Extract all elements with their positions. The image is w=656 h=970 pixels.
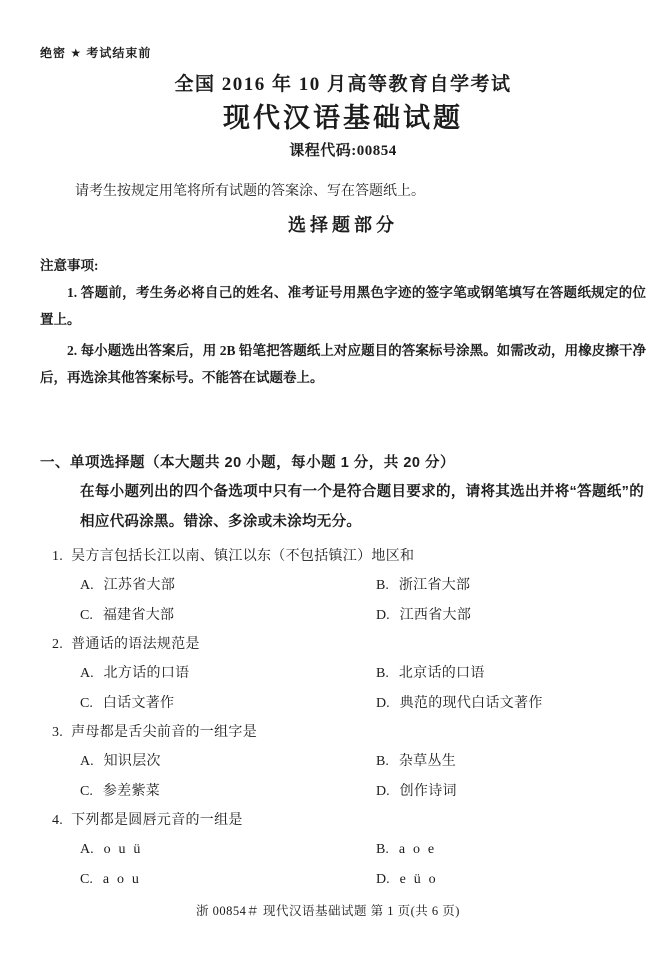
question-4: 4.下列都是圆唇元音的一组是 A.o u ü B.a o e C.a o u D…	[40, 806, 646, 894]
option-text: o u ü	[104, 842, 141, 857]
option-label: A.	[80, 754, 94, 769]
option-b: B.a o e	[376, 835, 646, 865]
question-number: 3.	[52, 725, 63, 740]
option-text: 知识层次	[104, 754, 161, 769]
instructions-heading: 注意事项:	[40, 257, 646, 275]
question-text: 吴方言包括长江以南、镇江以东（不包括镇江）地区和	[71, 549, 414, 564]
option-b: B.北京话的口语	[376, 659, 646, 689]
section-title: 选择题部分	[40, 214, 646, 236]
option-d: D.典范的现代白话文著作	[376, 689, 646, 719]
question-3: 3.声母都是舌尖前音的一组字是 A.知识层次 B.杂草丛生 C.参差紫菜 D.创…	[40, 718, 646, 806]
option-label: D.	[376, 784, 390, 799]
part-one-lead-in: 在每小题列出的四个备选项中只有一个是符合题目要求的，请将其选出并将“答题纸”的相…	[80, 477, 644, 537]
question-stem: 3.声母都是舌尖前音的一组字是	[40, 718, 646, 747]
question-text: 声母都是舌尖前音的一组字是	[71, 725, 257, 740]
option-label: A.	[80, 578, 94, 593]
question-number: 1.	[52, 549, 63, 564]
option-label: A.	[80, 842, 94, 857]
question-options: A.江苏省大部 B.浙江省大部 C.福建省大部 D.江西省大部	[40, 571, 646, 630]
course-code: 课程代码:00854	[40, 142, 646, 160]
option-label: C.	[80, 696, 93, 711]
option-d: D.江西省大部	[376, 601, 646, 631]
option-text: 浙江省大部	[399, 578, 471, 593]
option-a: A.o u ü	[80, 835, 376, 865]
option-text: 白话文著作	[103, 696, 175, 711]
option-b: B.杂草丛生	[376, 747, 646, 777]
option-label: A.	[80, 666, 94, 681]
option-text: 典范的现代白话文著作	[400, 696, 543, 711]
option-label: B.	[376, 666, 389, 681]
option-d: D.e ü o	[376, 865, 646, 895]
exam-paper-page: 绝密 ★ 考试结束前 全国 2016 年 10 月高等教育自学考试 现代汉语基础…	[0, 0, 656, 970]
option-label: B.	[376, 754, 389, 769]
question-text: 下列都是圆唇元音的一组是	[71, 813, 243, 828]
option-text: 福建省大部	[103, 608, 175, 623]
part-one-heading: 一、单项选择题（本大题共 20 小题，每小题 1 分，共 20 分）	[40, 453, 646, 473]
option-b: B.浙江省大部	[376, 571, 646, 601]
question-stem: 4.下列都是圆唇元音的一组是	[40, 806, 646, 835]
option-label: C.	[80, 784, 93, 799]
option-text: 北京话的口语	[399, 666, 485, 681]
option-text: 创作诗词	[400, 784, 457, 799]
question-list: 1.吴方言包括长江以南、镇江以东（不包括镇江）地区和 A.江苏省大部 B.浙江省…	[40, 542, 646, 894]
option-text: 参差紫菜	[103, 784, 160, 799]
option-label: D.	[376, 872, 390, 887]
question-2: 2.普通话的语法规范是 A.北方话的口语 B.北京话的口语 C.白话文著作 D.…	[40, 630, 646, 718]
option-label: D.	[376, 696, 390, 711]
option-c: C.白话文著作	[80, 689, 376, 719]
option-text: 杂草丛生	[399, 754, 456, 769]
question-options: A.北方话的口语 B.北京话的口语 C.白话文著作 D.典范的现代白话文著作	[40, 659, 646, 718]
question-number: 4.	[52, 813, 63, 828]
option-text: 北方话的口语	[104, 666, 190, 681]
option-label: D.	[376, 608, 390, 623]
question-1: 1.吴方言包括长江以南、镇江以东（不包括镇江）地区和 A.江苏省大部 B.浙江省…	[40, 542, 646, 630]
question-text: 普通话的语法规范是	[71, 637, 200, 652]
option-c: C.a o u	[80, 865, 376, 895]
option-text: e ü o	[400, 872, 436, 887]
question-stem: 1.吴方言包括长江以南、镇江以东（不包括镇江）地区和	[40, 542, 646, 571]
exam-title-line1: 全国 2016 年 10 月高等教育自学考试	[40, 73, 646, 96]
option-d: D.创作诗词	[376, 777, 646, 807]
option-text: 江西省大部	[400, 608, 472, 623]
option-label: B.	[376, 578, 389, 593]
option-c: C.福建省大部	[80, 601, 376, 631]
exam-title-line2: 现代汉语基础试题	[40, 102, 646, 134]
option-label: B.	[376, 842, 389, 857]
question-stem: 2.普通话的语法规范是	[40, 630, 646, 659]
option-a: A.知识层次	[80, 747, 376, 777]
security-label: 绝密 ★ 考试结束前	[40, 46, 646, 60]
option-a: A.江苏省大部	[80, 571, 376, 601]
option-label: C.	[80, 872, 93, 887]
question-options: A.知识层次 B.杂草丛生 C.参差紫菜 D.创作诗词	[40, 747, 646, 806]
answer-sheet-notice: 请考生按规定用笔将所有试题的答案涂、写在答题纸上。	[40, 183, 646, 201]
page-footer: 浙 00854＃ 现代汉语基础试题 第 1 页(共 6 页)	[0, 903, 656, 919]
option-label: C.	[80, 608, 93, 623]
question-options: A.o u ü B.a o e C.a o u D.e ü o	[40, 835, 646, 894]
option-a: A.北方话的口语	[80, 659, 376, 689]
question-number: 2.	[52, 637, 63, 652]
instruction-item-1: 1. 答题前，考生务必将自己的姓名、准考证号用黑色字迹的签字笔或钢笔填写在答题纸…	[40, 279, 646, 333]
option-c: C.参差紫菜	[80, 777, 376, 807]
option-text: a o e	[399, 842, 435, 857]
option-text: 江苏省大部	[104, 578, 176, 593]
instruction-item-2: 2. 每小题选出答案后，用 2B 铅笔把答题纸上对应题目的答案标号涂黑。如需改动…	[40, 337, 646, 391]
option-text: a o u	[103, 872, 139, 887]
